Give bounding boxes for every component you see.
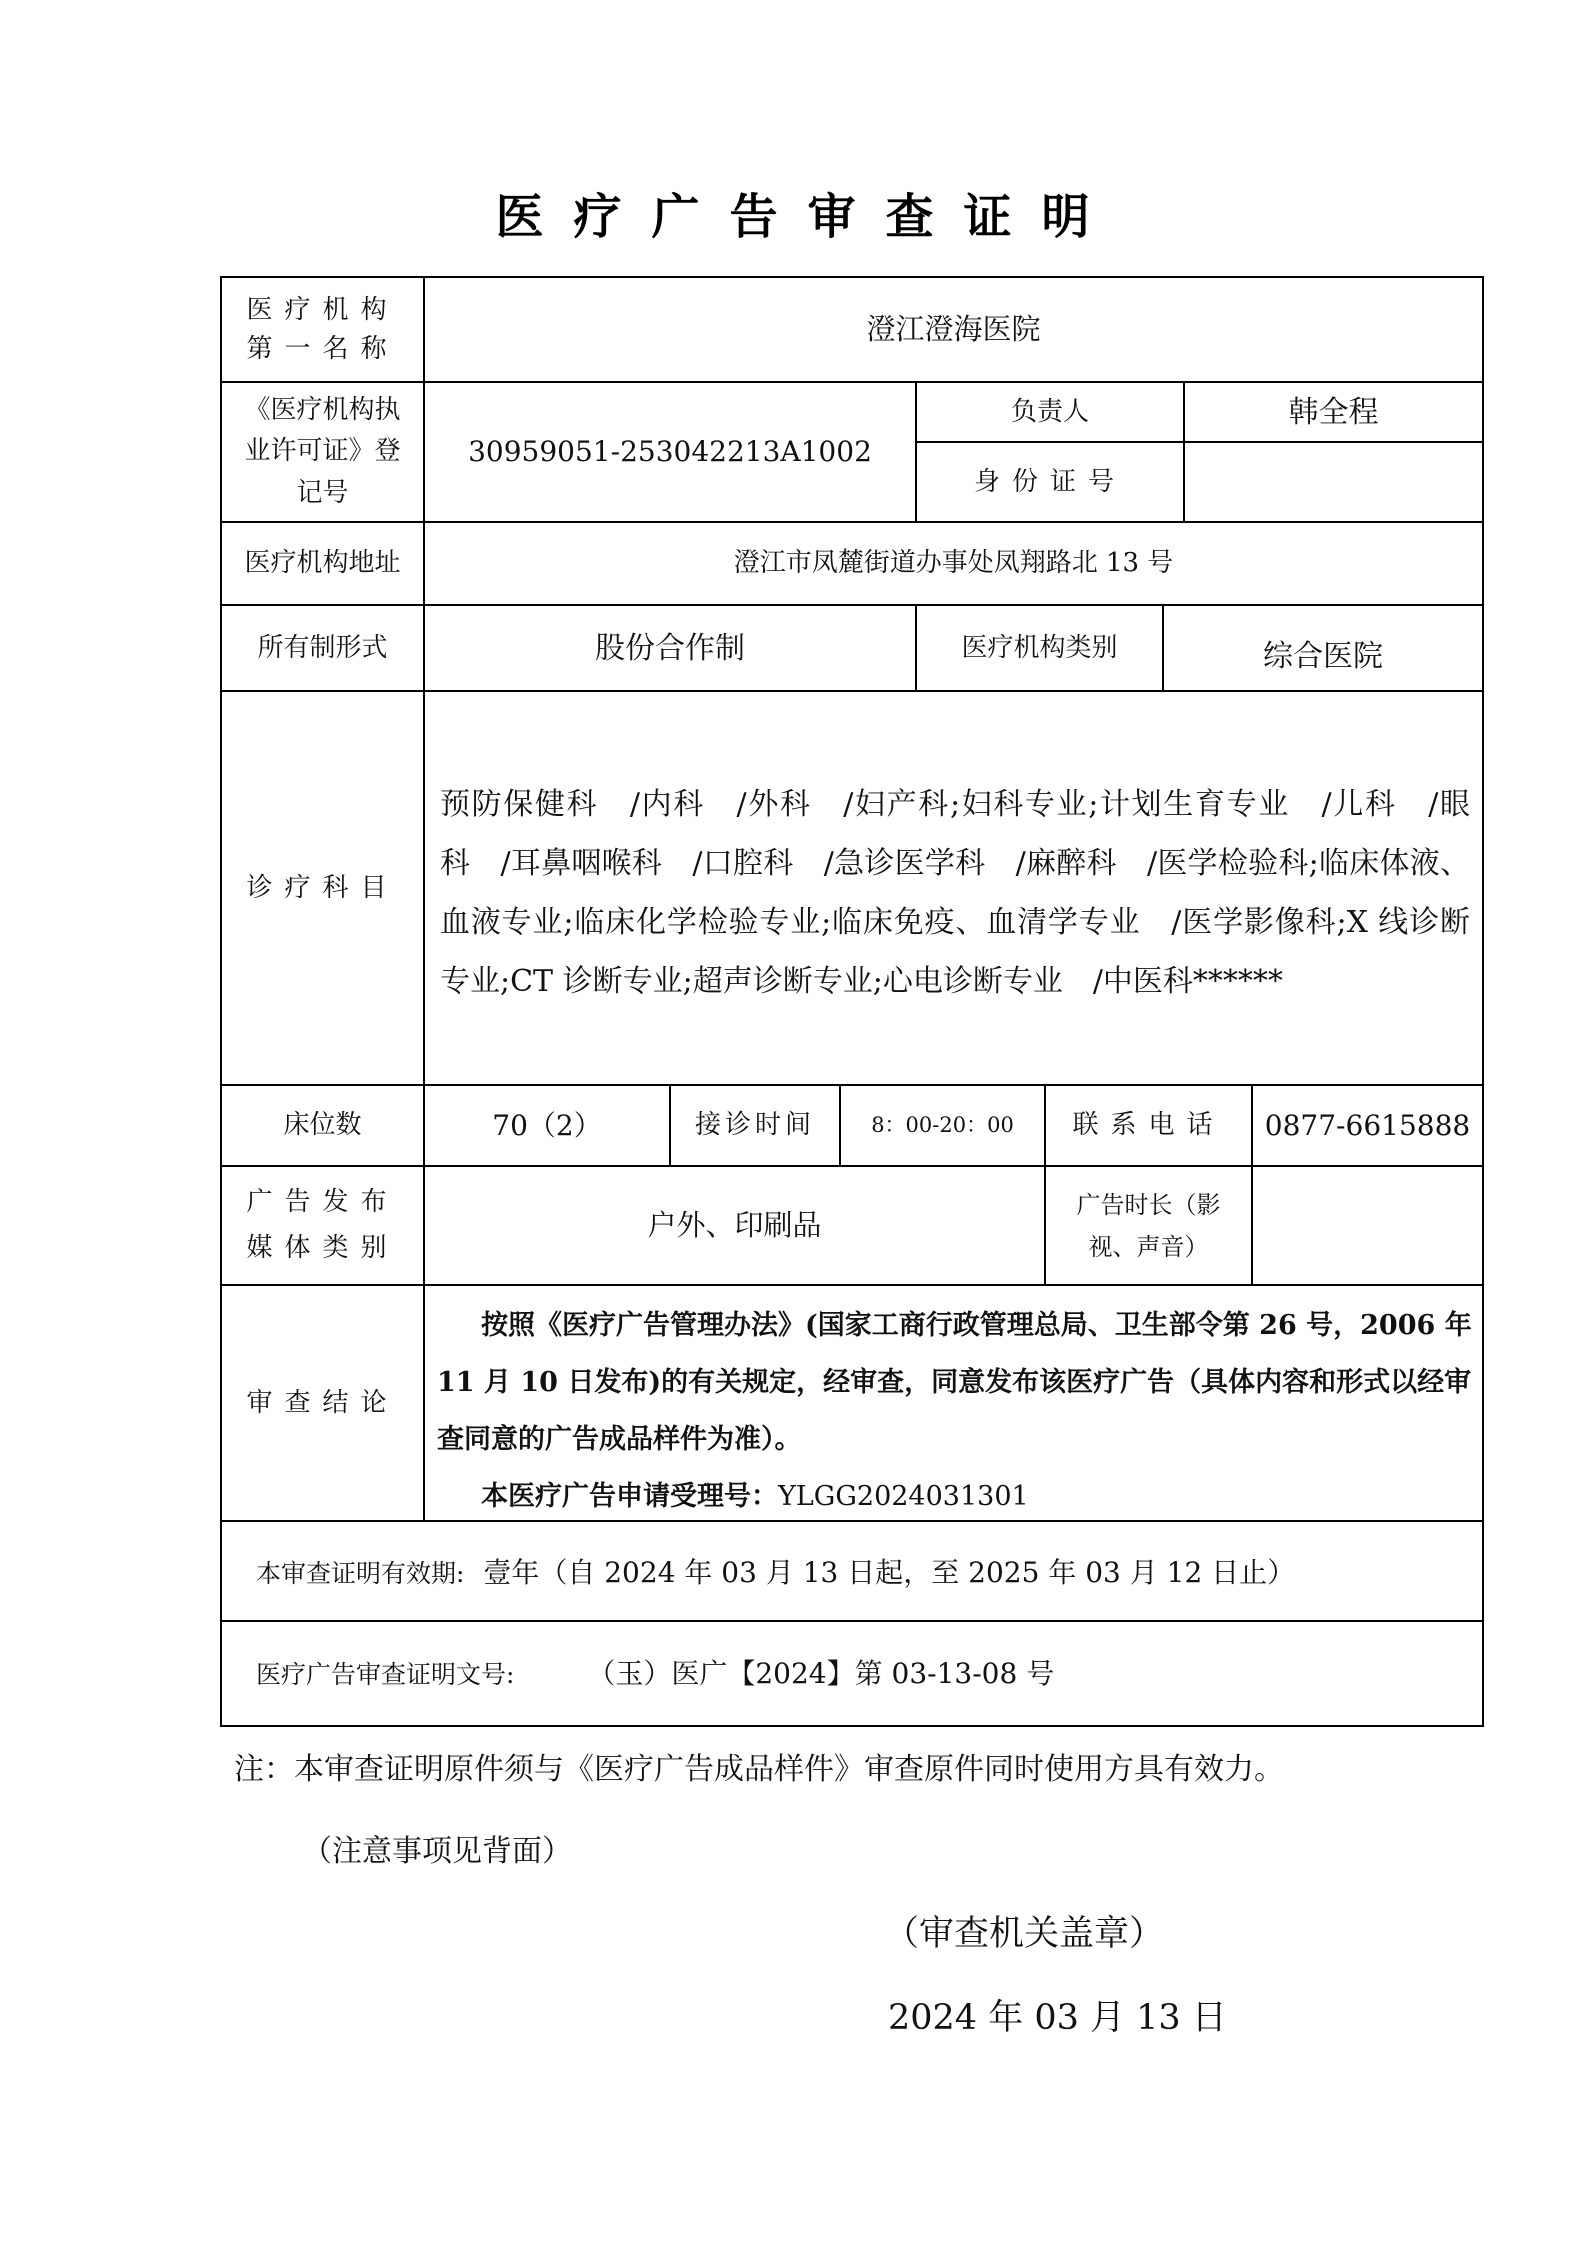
beds-label: 床位数 — [222, 1086, 423, 1165]
org-category-value: 综合医院 — [1164, 614, 1482, 698]
license-label: 《医疗机构执 业许可证》登 记号 — [222, 383, 423, 521]
media-label-line1: 广告发布 — [246, 1180, 398, 1226]
cert-number-value: （玉）医广【2024】第 03-13-08 号 — [587, 1657, 1054, 1690]
license-label-line1: 《医疗机构执 — [244, 390, 400, 432]
row-divider — [220, 1620, 1484, 1622]
table-border-bottom — [220, 1725, 1484, 1727]
org-name-label-line2: 第一名称 — [246, 330, 398, 369]
cert-number-row: 医疗广告审查证明文号: （玉）医广【2024】第 03-13-08 号 — [256, 1652, 1054, 1692]
address-label: 医疗机构地址 — [222, 523, 423, 604]
validity-note: 注：本审查证明原件须与《医疗广告成品样件》审查原件同时使用方具有效力。 — [234, 1744, 1284, 1788]
license-number: 30959051-253042213A1002 — [425, 383, 915, 521]
scope-label: 诊疗科目 — [222, 692, 423, 1084]
cert-number-label: 医疗广告审查证明文号: — [256, 1660, 514, 1689]
id-number-value — [1185, 443, 1482, 521]
acceptance-number: YLGG2024031301 — [778, 1481, 1029, 1512]
license-label-line3: 记号 — [296, 473, 348, 515]
ownership-value: 股份合作制 — [425, 606, 915, 690]
hours-value: 8：00-20：00 — [841, 1086, 1044, 1165]
validity-label: 本审查证明有效期: — [256, 1559, 464, 1588]
phone-label: 联系电话 — [1046, 1086, 1251, 1165]
validity-value: 壹年（自 2024 年 03 月 13 日起，至 2025 年 03 月 12 … — [483, 1556, 1295, 1589]
media-label-line2: 媒体类别 — [246, 1226, 398, 1272]
phone-value: 0877-6615888 — [1253, 1086, 1482, 1165]
duration-label-line1: 广告时长（影 — [1077, 1184, 1221, 1226]
org-category-label: 医疗机构类别 — [917, 606, 1162, 690]
org-name-value: 澄江澄海医院 — [425, 278, 1482, 381]
table-border-right — [1482, 276, 1484, 1727]
conclusion-block: 按照《医疗广告管理办法》(国家工商行政管理总局、卫生部令第 26 号，2006 … — [437, 1297, 1475, 1525]
validity-row: 本审查证明有效期: 壹年（自 2024 年 03 月 13 日起，至 2025 … — [256, 1551, 1295, 1591]
person-in-charge-label: 负责人 — [917, 383, 1183, 441]
media-label: 广告发布 媒体类别 — [222, 1167, 423, 1284]
media-value: 户外、印刷品 — [425, 1167, 1044, 1284]
acceptance-line: 本医疗广告申请受理号：YLGG2024031301 — [437, 1468, 1475, 1525]
address-value: 澄江市凤麓街道办事处凤翔路北 13 号 — [425, 523, 1482, 604]
see-back-note: （注意事项见背面） — [302, 1826, 572, 1870]
hours-label: 接诊时间 — [671, 1086, 839, 1165]
license-label-line2: 业许可证》登 — [244, 431, 400, 473]
org-name-label: 医疗机构 第一名称 — [222, 278, 423, 381]
id-number-label: 身份证号 — [917, 443, 1183, 521]
org-name-label-line1: 医疗机构 — [246, 291, 398, 330]
duration-value — [1253, 1167, 1482, 1284]
duration-label: 广告时长（影 视、声音） — [1046, 1167, 1251, 1284]
duration-label-line2: 视、声音） — [1089, 1226, 1209, 1268]
acceptance-label: 本医疗广告申请受理号： — [481, 1481, 778, 1512]
stamp-placeholder: （审查机关盖章） — [884, 1906, 1164, 1956]
beds-value: 70（2） — [425, 1086, 669, 1165]
conclusion-label: 审查结论 — [222, 1286, 423, 1520]
issue-date: 2024 年 03 月 13 日 — [888, 1990, 1227, 2040]
ownership-label: 所有制形式 — [222, 606, 423, 690]
document-title: 医疗广告审查证明 — [0, 178, 1587, 247]
person-in-charge-value: 韩全程 — [1185, 383, 1482, 441]
scope-value: 预防保健科 /内科 /外科 /妇产科;妇科专业;计划生育专业 /儿科 /眼科 /… — [440, 775, 1470, 1011]
conclusion-text: 按照《医疗广告管理办法》(国家工商行政管理总局、卫生部令第 26 号，2006 … — [437, 1297, 1475, 1468]
